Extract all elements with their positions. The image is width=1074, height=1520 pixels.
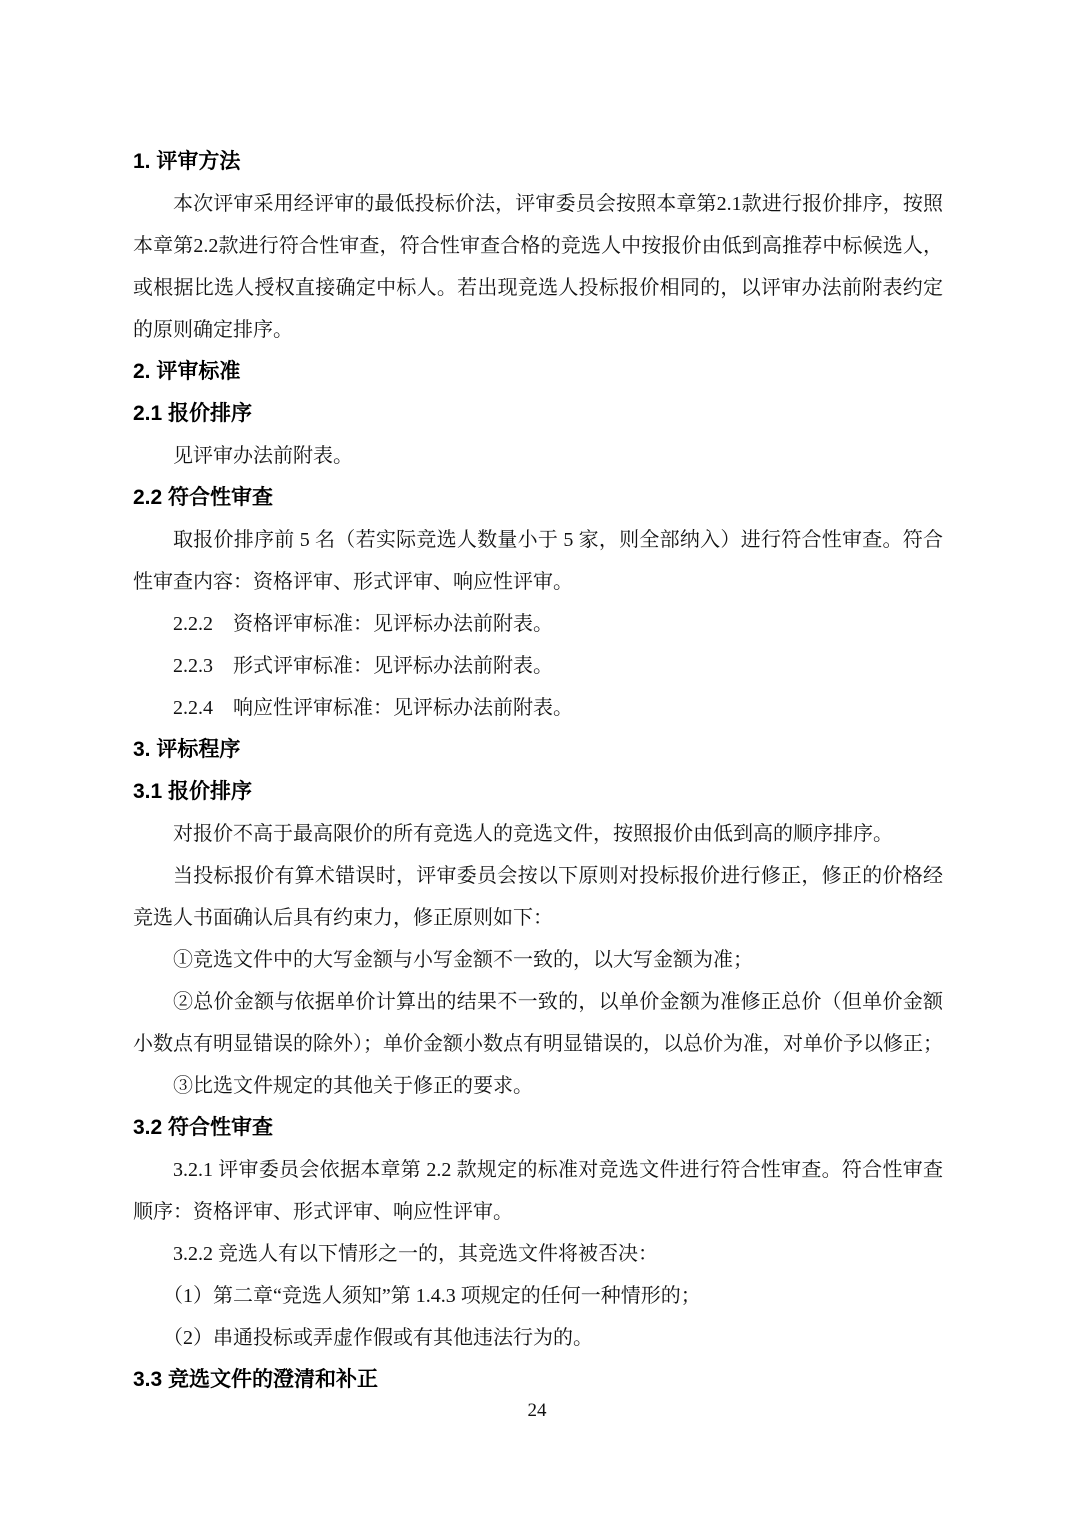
paragraph: ③比选文件规定的其他关于修正的要求。 — [133, 1065, 943, 1107]
page-number: 24 — [528, 1400, 547, 1421]
section-heading: 2. 评审标准 — [133, 351, 943, 393]
document-page: 1. 评审方法本次评审采用经评审的最低投标价法，评审委员会按照本章第2.1款进行… — [0, 0, 1074, 1520]
paragraph: 3.2.2 竞选人有以下情形之一的，其竞选文件将被否决： — [133, 1233, 943, 1275]
paragraph: 对报价不高于最高限价的所有竞选人的竞选文件，按照报价由低到高的顺序排序。 — [133, 813, 943, 855]
paragraph: ②总价金额与依据单价计算出的结果不一致的，以单价金额为准修正总价（但单价金额小数… — [133, 981, 943, 1065]
paragraph: 2.2.4 响应性评审标准：见评标办法前附表。 — [133, 687, 943, 729]
paragraph: 2.2.2 资格评审标准：见评标办法前附表。 — [133, 603, 943, 645]
section-heading: 3.3 竞选文件的澄清和补正 — [133, 1359, 943, 1401]
section-heading: 2.2 符合性审查 — [133, 477, 943, 519]
section-heading: 2.1 报价排序 — [133, 393, 943, 435]
document-blocks: 1. 评审方法本次评审采用经评审的最低投标价法，评审委员会按照本章第2.1款进行… — [133, 141, 943, 1401]
paragraph: 见评审办法前附表。 — [133, 435, 943, 477]
paragraph: 2.2.3 形式评审标准：见评标办法前附表。 — [133, 645, 943, 687]
section-heading: 3.1 报价排序 — [133, 771, 943, 813]
paragraph: 3.2.1 评审委员会依据本章第 2.2 款规定的标准对竞选文件进行符合性审查。… — [133, 1149, 943, 1233]
paragraph: 取报价排序前 5 名（若实际竞选人数量小于 5 家，则全部纳入）进行符合性审查。… — [133, 519, 943, 603]
section-heading: 1. 评审方法 — [133, 141, 943, 183]
paragraph: （2）串通投标或弄虚作假或有其他违法行为的。 — [133, 1317, 943, 1359]
page-footer: 24 — [0, 1400, 1074, 1422]
section-heading: 3.2 符合性审查 — [133, 1107, 943, 1149]
section-heading: 3. 评标程序 — [133, 729, 943, 771]
paragraph: 本次评审采用经评审的最低投标价法，评审委员会按照本章第2.1款进行报价排序，按照… — [133, 183, 943, 351]
paragraph: （1）第二章“竞选人须知”第 1.4.3 项规定的任何一种情形的； — [133, 1275, 943, 1317]
paragraph: ①竞选文件中的大写金额与小写金额不一致的，以大写金额为准； — [133, 939, 943, 981]
paragraph: 当投标报价有算术错误时，评审委员会按以下原则对投标报价进行修正，修正的价格经竞选… — [133, 855, 943, 939]
